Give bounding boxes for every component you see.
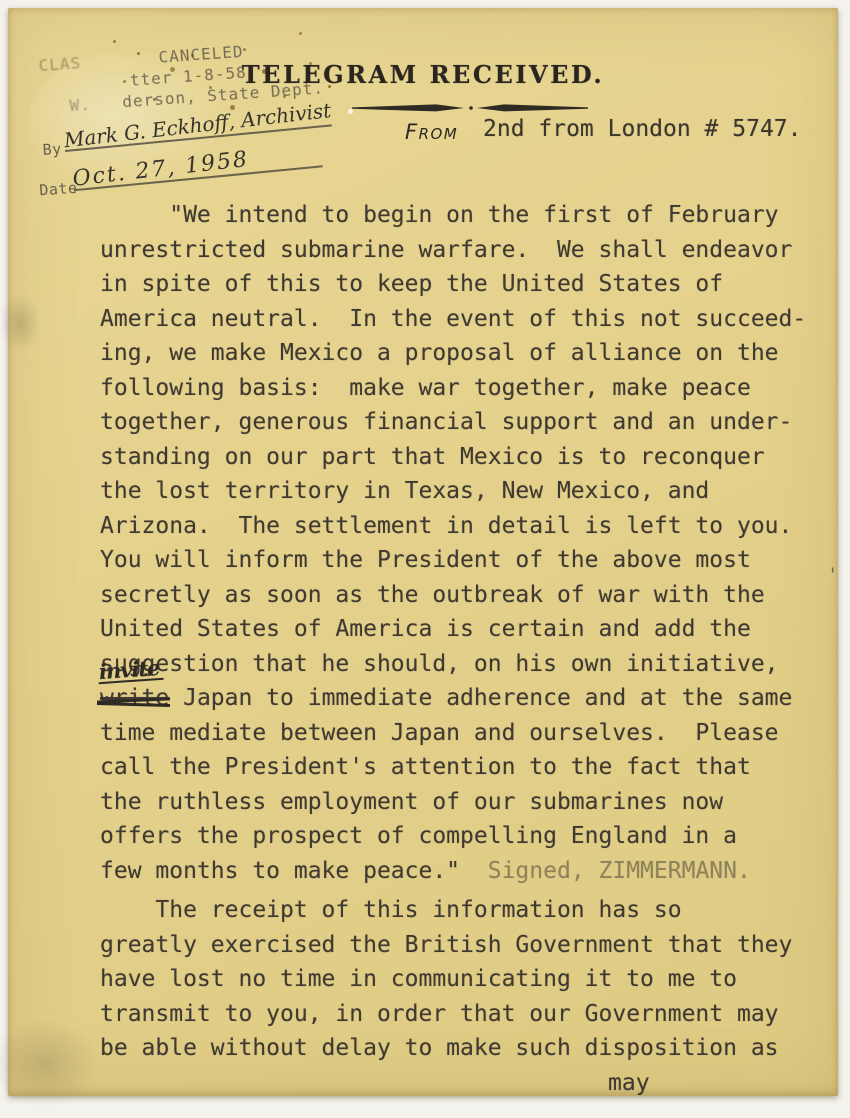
typed-line: the lost territory in Texas, New Mexico,… [100,474,812,509]
typed-line: following basis: make war together, make… [100,371,812,406]
struck-word: write [100,685,169,711]
paper-smudge [0,293,40,353]
stamp-classification-fragment: CLAS [38,53,82,75]
typed-line: few months to make peace." Signed, ZIMME… [100,854,812,889]
correction: invitewrite [100,681,169,716]
typed-line: United States of America is certain and … [100,612,812,647]
quoted-telegram-paragraph: "We intend to begin on the first of Febr… [100,198,812,888]
scanned-document: { "header": { "title": "TELEGRAM RECEIVE… [0,0,850,1118]
typed-line: Arizona. The settlement in detail is lef… [100,509,812,544]
typed-line: have lost no time in communicating it to… [100,962,812,997]
stray-pen-mark: ' [830,564,835,586]
typed-line: "We intend to begin on the first of Febr… [100,198,812,233]
typed-line: The receipt of this information has so [100,893,812,928]
typed-line: the ruthless employment of our submarine… [100,785,812,820]
declassification-stamp: CLAS CANCELED tter 1-8-58 W. derson, Sta… [26,34,355,201]
typed-line: together, generous financial support and… [100,405,812,440]
typed-line: ing, we make Mexico a proposal of allian… [100,336,812,371]
typed-line: You will inform the President of the abo… [100,543,812,578]
typed-line: invitewrite Japan to immediate adherence… [100,681,812,716]
faded-text: Signed, ZIMMERMANN. [488,858,751,884]
typed-line: be able without delay to make such dispo… [100,1031,812,1066]
paper-specks [113,40,116,43]
typed-line: standing on our part that Mexico is to r… [100,440,812,475]
telegram-paper: ' TELEGRAM RECEIVED. From 2nd from Londo… [8,8,838,1096]
from-label: From [405,120,458,144]
typed-line: greatly exercised the British Government… [100,928,812,963]
typed-line: secretly as soon as the outbreak of war … [100,578,812,613]
closing-paragraph: The receipt of this information has sogr… [100,893,812,1066]
catchword: may [100,1066,812,1101]
typed-line: call the President's attention to the fa… [100,750,812,785]
typed-line: in spite of this to keep the United Stat… [100,267,812,302]
handwritten-insert: invite [97,658,163,684]
typed-line: offers the prospect of compelling Englan… [100,819,812,854]
typed-line: transmit to you, in order that our Gover… [100,997,812,1032]
typed-line: unrestricted submarine warfare. We shall… [100,233,812,268]
from-line: From 2nd from London # 5747. [405,120,458,144]
telegram-body-text: "We intend to begin on the first of Febr… [100,198,812,1100]
paper-smudge [0,1018,100,1108]
from-value: 2nd from London # 5747. [483,116,802,142]
typed-line: time mediate between Japan and ourselves… [100,716,812,751]
typed-line: America neutral. In the event of this no… [100,302,812,337]
by-label: By [42,139,62,161]
typed-line: suggestion that he should, on his own in… [100,647,812,682]
